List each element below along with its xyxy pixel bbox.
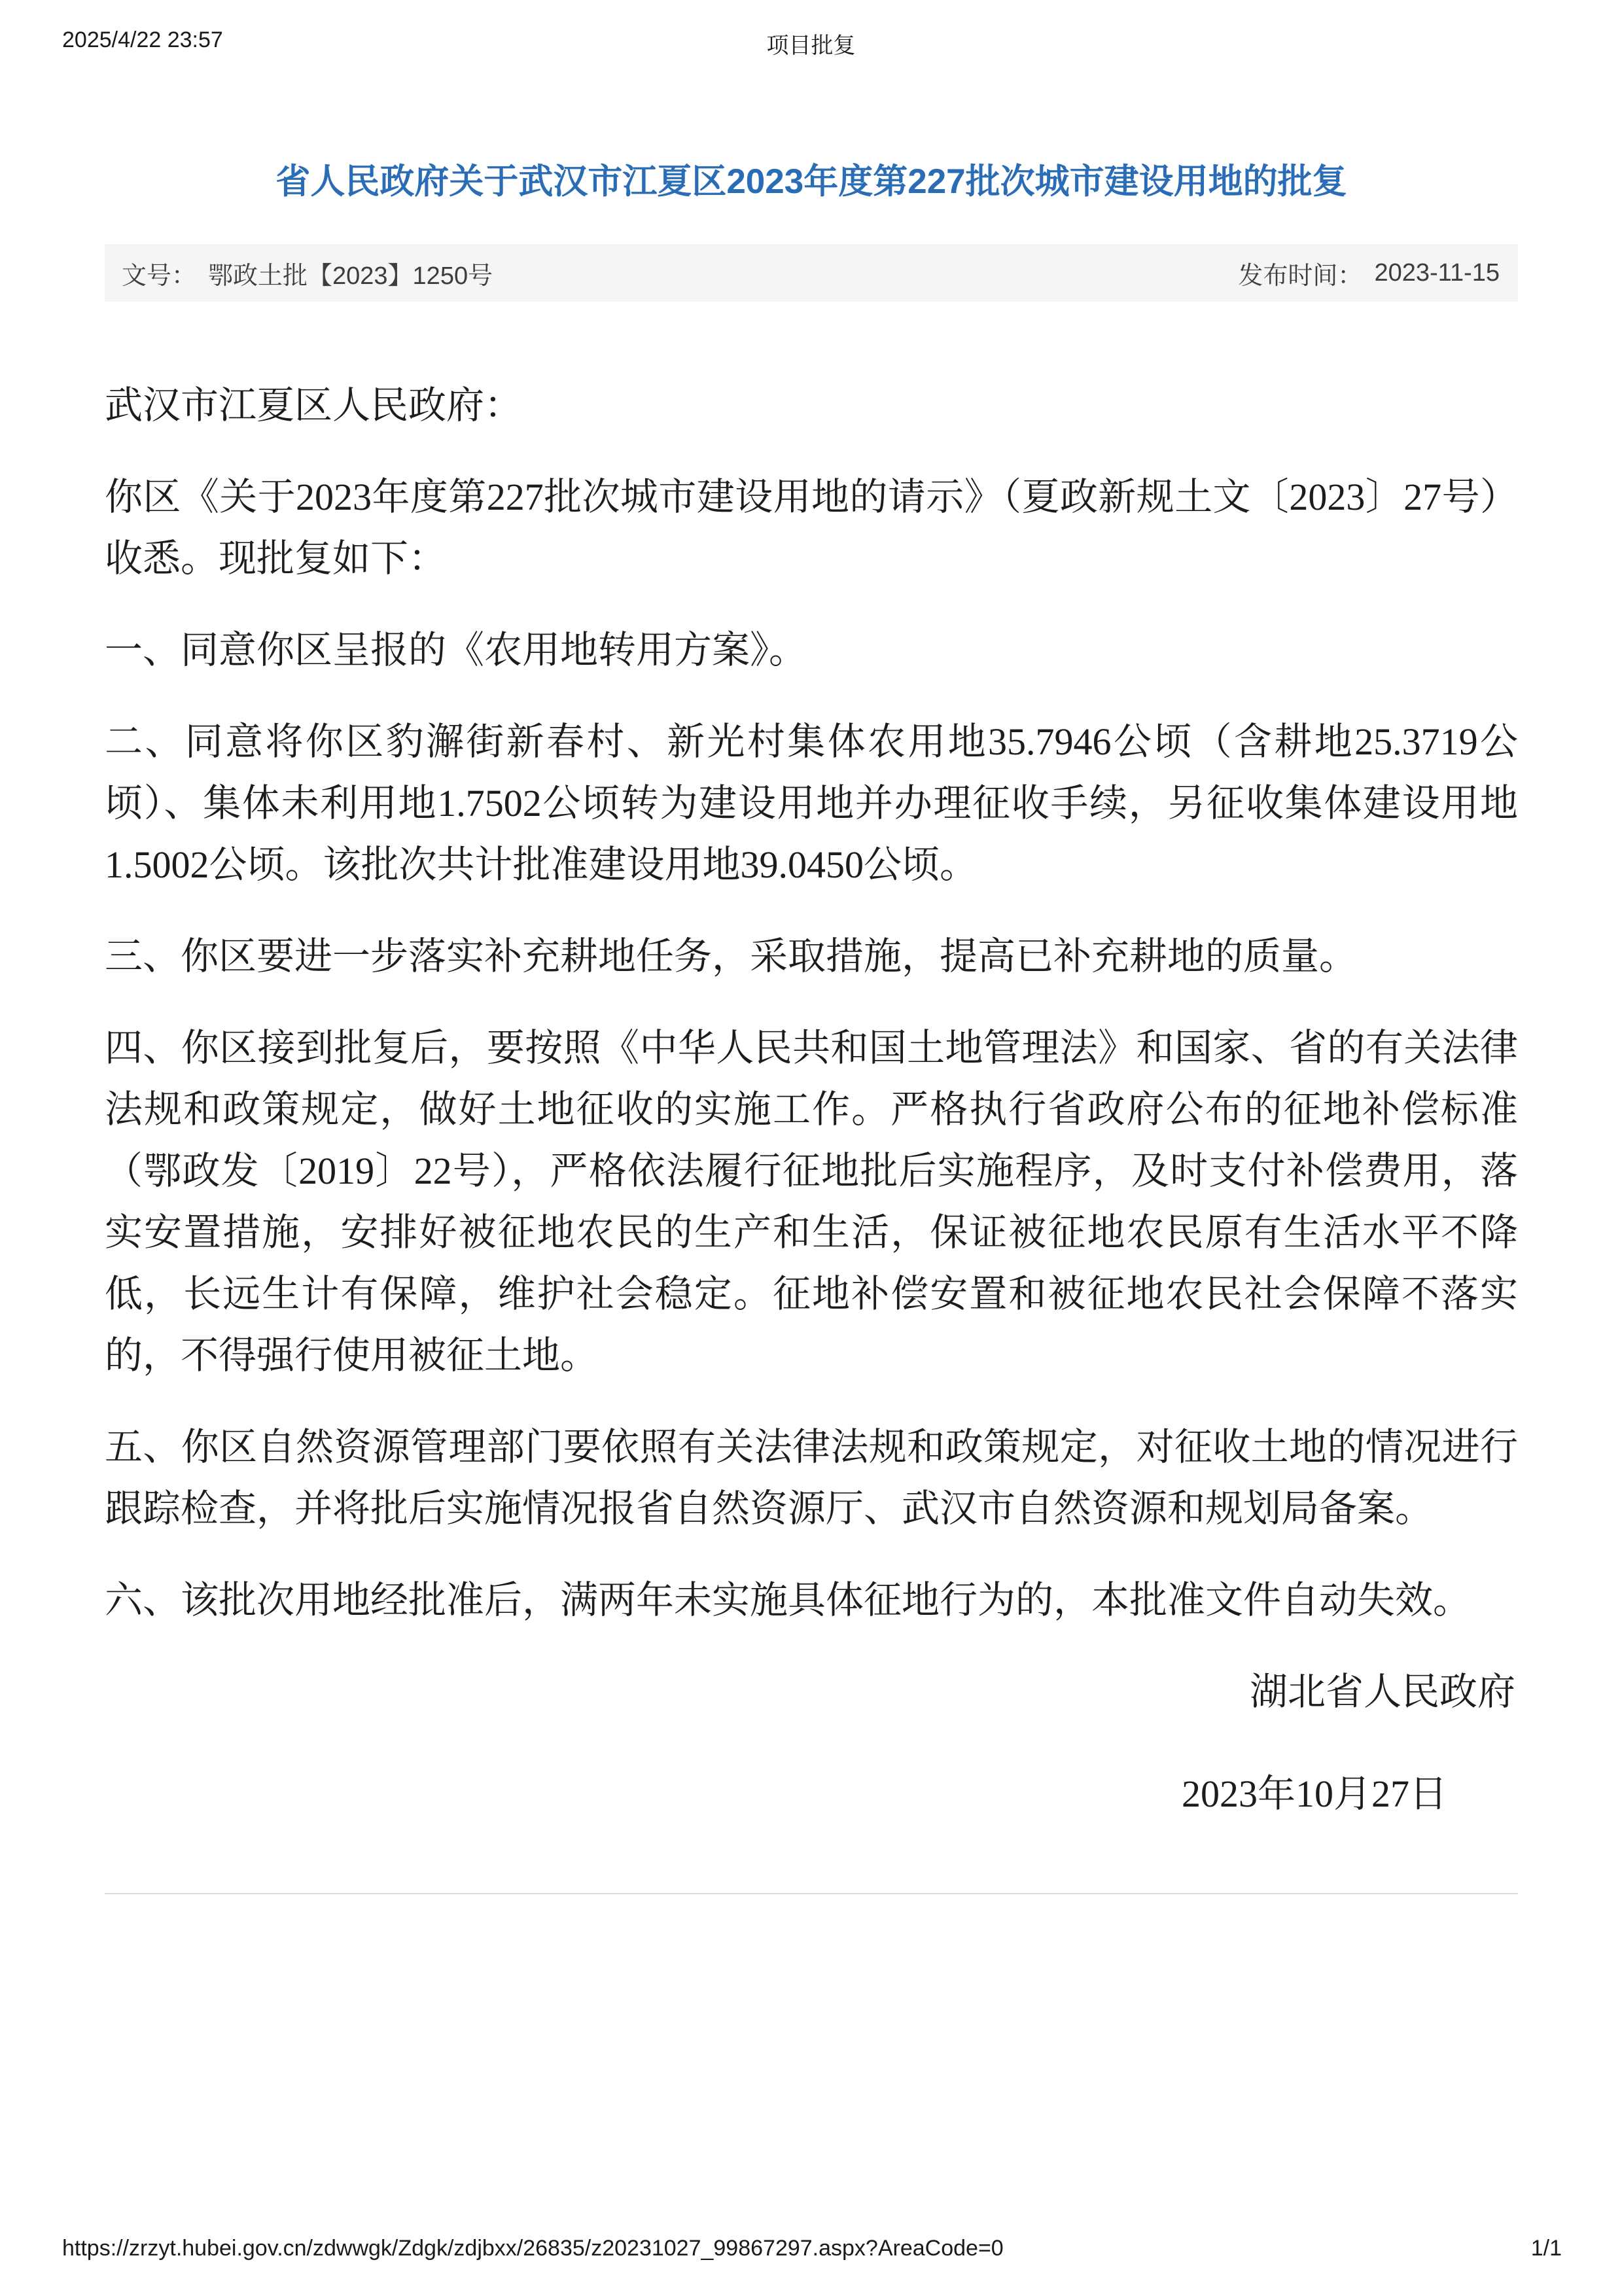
publish-date-group: 发布时间： 2023-11-15	[1238, 255, 1500, 291]
document-meta-bar: 文号： 鄂政土批【2023】1250号 发布时间： 2023-11-15	[105, 244, 1518, 302]
source-url: https://zrzyt.hubei.gov.cn/zdwwgk/Zdgk/z…	[62, 2236, 1004, 2261]
print-preview-page: { "print_header": { "timestamp": "2025/4…	[0, 0, 1622, 2296]
document-paragraph: 四、你区接到批复后，要按照《中华人民共和国土地管理法》和国家、省的有关法律法规和…	[105, 1017, 1518, 1386]
document-paragraph: 五、你区自然资源管理部门要依照有关法律法规和政策规定，对征收土地的情况进行跟踪检…	[105, 1417, 1518, 1540]
document-paragraph: 你区《关于2023年度第227批次城市建设用地的请示》（夏政新规土文〔2023〕…	[105, 467, 1518, 590]
publish-date-value: 2023-11-15	[1374, 259, 1500, 287]
document-paragraph: 一、同意你区呈报的《农用地转用方案》。	[105, 620, 1518, 681]
document-paragraph: 二、同意将你区豹澥街新春村、新光村集体农用地35.7946公顷（含耕地25.37…	[105, 711, 1518, 896]
doc-number-group: 文号： 鄂政土批【2023】1250号	[122, 255, 493, 291]
issuing-authority: 湖北省人民政府	[105, 1661, 1518, 1723]
document-body: 省人民政府关于武汉市江夏区2023年度第227批次城市建设用地的批复 文号： 鄂…	[105, 0, 1518, 1894]
document-content: 武汉市江夏区人民政府： 你区《关于2023年度第227批次城市建设用地的请示》（…	[105, 375, 1518, 1825]
document-title: 省人民政府关于武汉市江夏区2023年度第227批次城市建设用地的批复	[105, 160, 1518, 203]
publish-date-label: 发布时间：	[1238, 255, 1362, 291]
doc-number-value: 鄂政土批【2023】1250号	[208, 255, 493, 291]
print-footer: https://zrzyt.hubei.gov.cn/zdwwgk/Zdgk/z…	[0, 2236, 1622, 2267]
doc-number-label: 文号：	[122, 255, 196, 291]
bottom-divider	[105, 1893, 1518, 1894]
issue-date: 2023年10月27日	[105, 1763, 1518, 1825]
page-number-indicator: 1/1	[1531, 2236, 1562, 2261]
document-paragraph: 三、你区要进一步落实补充耕地任务，采取措施，提高已补充耕地的质量。	[105, 926, 1518, 987]
document-paragraph: 六、该批次用地经批准后，满两年未实施具体征地行为的，本批准文件自动失效。	[105, 1570, 1518, 1631]
document-salutation: 武汉市江夏区人民政府：	[105, 375, 1518, 436]
